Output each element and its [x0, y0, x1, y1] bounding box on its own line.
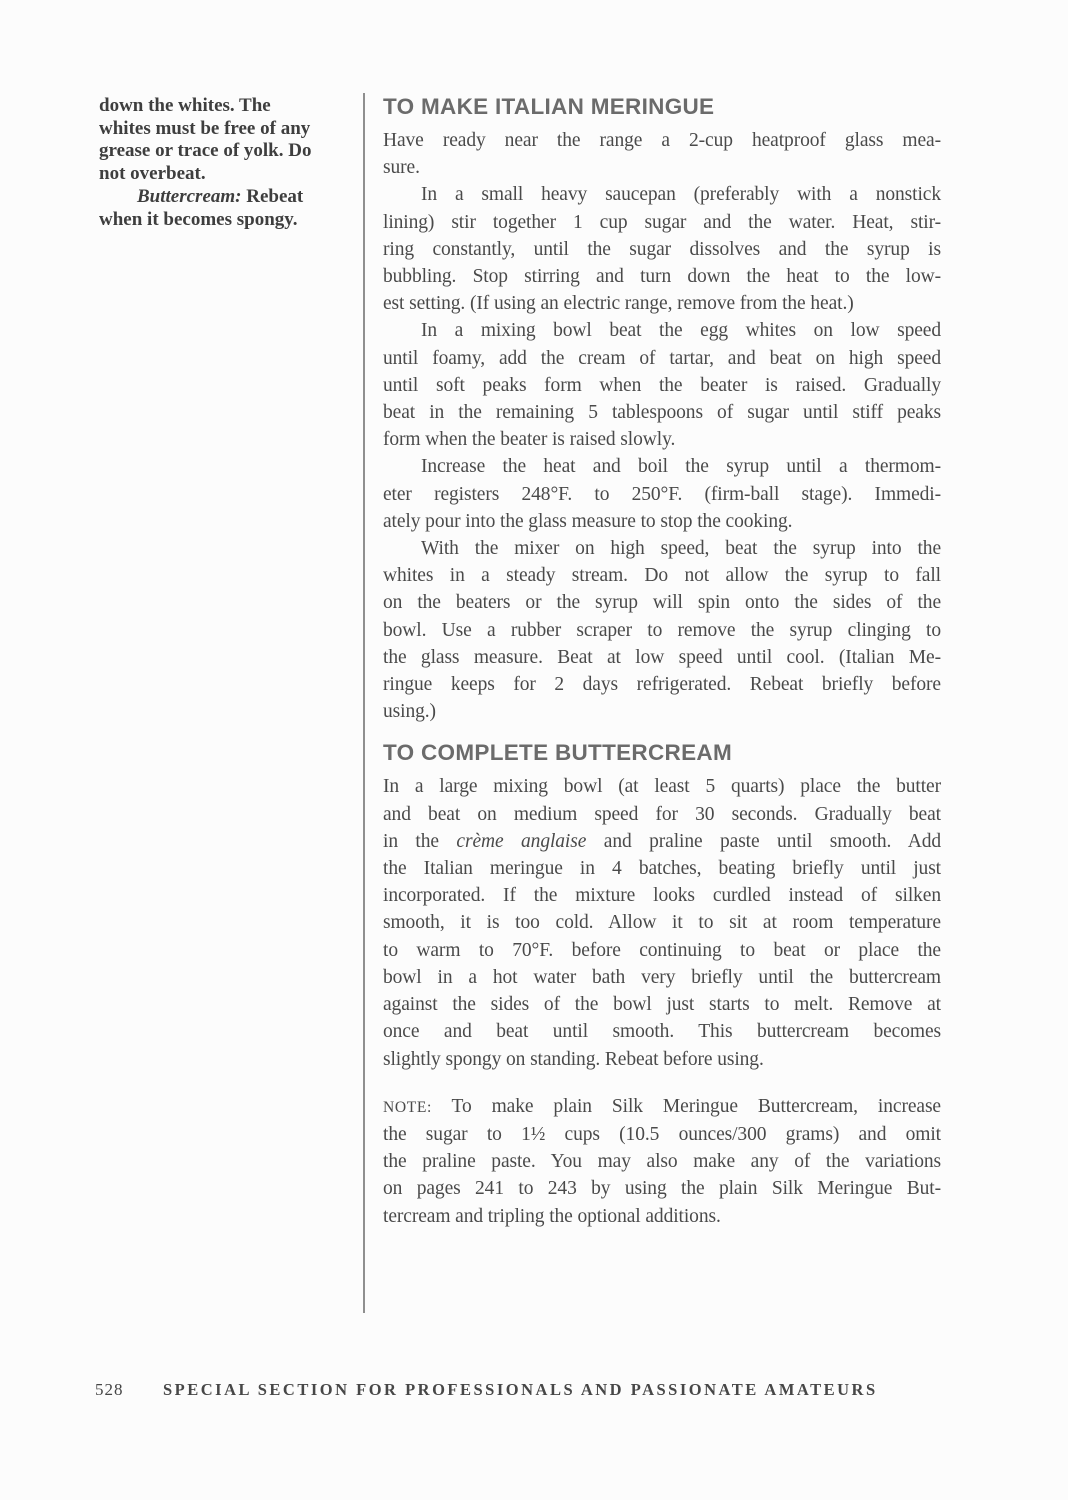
- text-line: the glass measure. Beat at low speed unt…: [383, 644, 941, 671]
- paragraph: In a small heavy saucepan (preferably wi…: [383, 181, 941, 317]
- text-line: lining) stir together 1 cup sugar and th…: [383, 209, 941, 236]
- margin-note-paragraph: Buttercream: Rebeatwhen it becomes spong…: [99, 186, 341, 231]
- text-line: incorporated. If the mixture looks curdl…: [383, 882, 941, 909]
- text-line: In a large mixing bowl (at least 5 quart…: [383, 773, 941, 800]
- margin-note-paragraph: down the whites. Thewhites must be free …: [99, 95, 341, 186]
- text-line: form when the beater is raised slowly.: [383, 426, 941, 453]
- text-line: the Italian meringue in 4 batches, beati…: [383, 855, 941, 882]
- paragraph: In a mixing bowl beat the egg whites on …: [383, 317, 941, 453]
- text-line: smooth, it is too cold. Allow it to sit …: [383, 909, 941, 936]
- text-line: ately pour into the glass measure to sto…: [383, 508, 941, 535]
- section-italian-meringue: TO MAKE ITALIAN MERINGUE Have ready near…: [383, 93, 941, 725]
- column-divider-rule: [363, 93, 365, 1313]
- text-line: Buttercream: Rebeat: [99, 186, 341, 209]
- text-line: ringue keeps for 2 days refrigerated. Re…: [383, 671, 941, 698]
- section-complete-buttercream: TO COMPLETE BUTTERCREAM In a large mixin…: [383, 739, 941, 1072]
- page-footer: 528 SPECIAL SECTION FOR PROFESSIONALS AN…: [0, 1380, 1068, 1404]
- text-line: when it becomes spongy.: [99, 209, 341, 232]
- page-number: 528: [95, 1380, 124, 1400]
- text-line: the sugar to 1½ cups (10.5 ounces/300 gr…: [383, 1121, 941, 1148]
- text-line: Have ready near the range a 2-cup heatpr…: [383, 127, 941, 154]
- text-line: whites must be free of any: [99, 118, 341, 141]
- text-line: until soft peaks form when the beater is…: [383, 372, 941, 399]
- paragraph: In a large mixing bowl (at least 5 quart…: [383, 773, 941, 1072]
- text-line: in the crème anglaise and praline paste …: [383, 828, 941, 855]
- text-line: and beat on medium speed for 30 seconds.…: [383, 801, 941, 828]
- text-line: against the sides of the bowl just start…: [383, 991, 941, 1018]
- text-line: bowl in a hot water bath very briefly un…: [383, 964, 941, 991]
- running-head: SPECIAL SECTION FOR PROFESSIONALS AND PA…: [163, 1380, 878, 1400]
- text-line: grease or trace of yolk. Do: [99, 140, 341, 163]
- text-line: slightly spongy on standing. Rebeat befo…: [383, 1046, 941, 1073]
- note-paragraph: NOTE: To make plain Silk Meringue Butter…: [383, 1093, 941, 1230]
- text-line: bowl. Use a rubber scraper to remove the…: [383, 617, 941, 644]
- text-line: on pages 241 to 243 by using the plain S…: [383, 1175, 941, 1202]
- text-line: whites in a steady stream. Do not allow …: [383, 562, 941, 589]
- text-line: eter registers 248°F. to 250°F. (firm-ba…: [383, 481, 941, 508]
- text-line: With the mixer on high speed, beat the s…: [383, 535, 941, 562]
- text-line: est setting. (If using an electric range…: [383, 290, 941, 317]
- text-line: not overbeat.: [99, 163, 341, 186]
- text-line: beat in the remaining 5 tablespoons of s…: [383, 399, 941, 426]
- paragraph: With the mixer on high speed, beat the s…: [383, 535, 941, 725]
- text-line: In a mixing bowl beat the egg whites on …: [383, 317, 941, 344]
- text-line: until foamy, add the cream of tartar, an…: [383, 345, 941, 372]
- text-line: ring constantly, until the sugar dissolv…: [383, 236, 941, 263]
- paragraph: Increase the heat and boil the syrup unt…: [383, 453, 941, 535]
- text-line: down the whites. The: [99, 95, 341, 118]
- text-line: tercream and tripling the optional addit…: [383, 1203, 941, 1230]
- section-heading: TO MAKE ITALIAN MERINGUE: [383, 93, 941, 121]
- text-line: once and beat until smooth. This butterc…: [383, 1018, 941, 1045]
- text-line: NOTE: To make plain Silk Meringue Butter…: [383, 1093, 941, 1121]
- section-heading: TO COMPLETE BUTTERCREAM: [383, 739, 941, 767]
- text-line: the praline paste. You may also make any…: [383, 1148, 941, 1175]
- text-line: sure.: [383, 154, 941, 181]
- text-line: In a small heavy saucepan (preferably wi…: [383, 181, 941, 208]
- main-text-column: TO MAKE ITALIAN MERINGUE Have ready near…: [383, 93, 941, 1230]
- text-line: bubbling. Stop stirring and turn down th…: [383, 263, 941, 290]
- text-line: to warm to 70°F. before continuing to be…: [383, 937, 941, 964]
- text-line: Increase the heat and boil the syrup unt…: [383, 453, 941, 480]
- text-line: on the beaters or the syrup will spin on…: [383, 589, 941, 616]
- book-page: down the whites. Thewhites must be free …: [0, 0, 1068, 1500]
- margin-note: down the whites. Thewhites must be free …: [99, 95, 341, 231]
- text-line: using.): [383, 698, 941, 725]
- paragraph: Have ready near the range a 2-cup heatpr…: [383, 127, 941, 181]
